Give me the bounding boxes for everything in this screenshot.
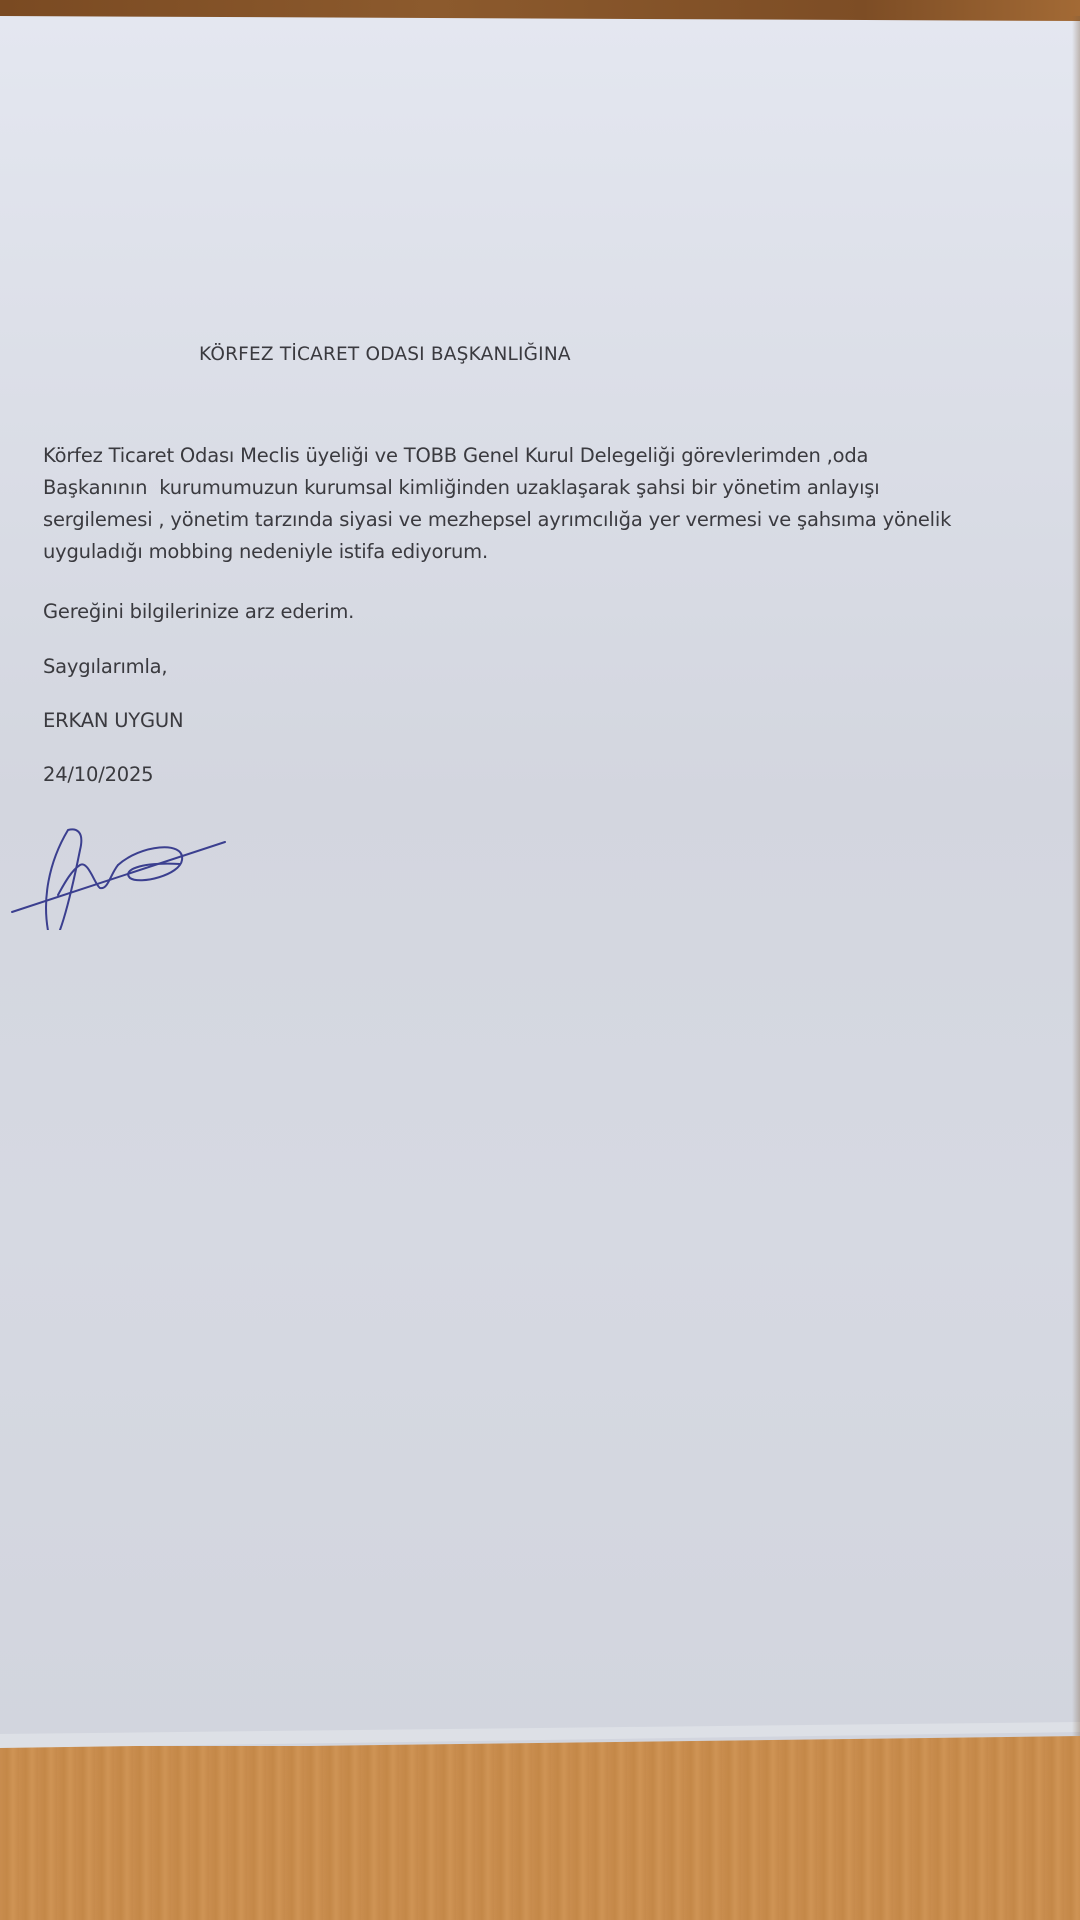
body-line-4: uyguladığı mobbing nedeniyle istifa ediy… bbox=[43, 540, 488, 563]
closing-line: Gereğini bilgilerinize arz ederim. bbox=[43, 600, 354, 623]
body-line-1: Körfez Ticaret Odası Meclis üyeliği ve T… bbox=[43, 444, 868, 467]
letter-addressee: KÖRFEZ TİCARET ODASI BAŞKANLIĞINA bbox=[199, 344, 571, 365]
signature-icon bbox=[0, 790, 260, 930]
letter-date: 24/10/2025 bbox=[43, 763, 153, 786]
paper-shadow bbox=[1072, 16, 1080, 1736]
regards-line: Saygılarımla, bbox=[43, 655, 167, 678]
body-line-2: Başkanının kurumumuzun kurumsal kimliğin… bbox=[43, 476, 879, 499]
signatory-name: ERKAN UYGUN bbox=[43, 709, 183, 732]
body-line-3: sergilemesi , yönetim tarzında siyasi ve… bbox=[43, 508, 951, 531]
